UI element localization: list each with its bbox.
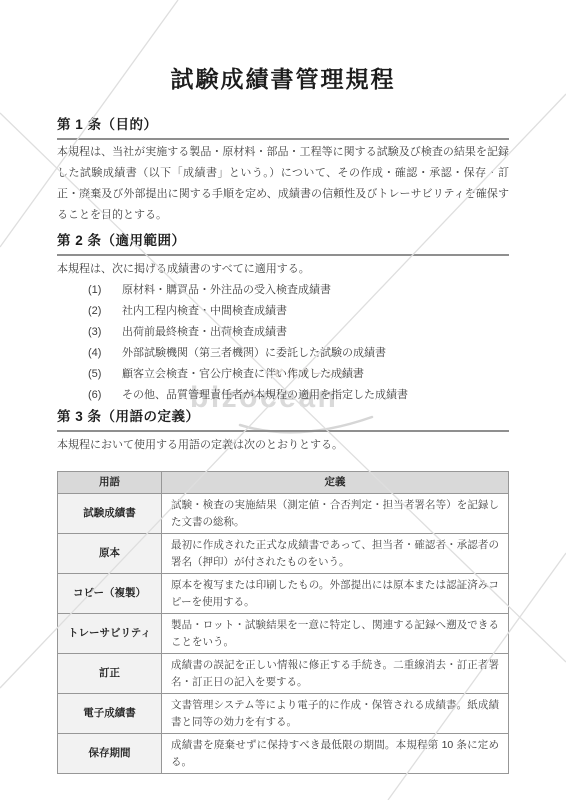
table-header-definition: 定義 xyxy=(162,472,509,494)
table-row: トレーサビリティ製品・ロット・試験結果を一意に特定し、関連する記録へ遡及できるこ… xyxy=(58,614,509,654)
table-row: 原本最初に作成された正式な成績書であって、担当者・確認者・承認者の署名（押印）が… xyxy=(58,534,509,574)
term-cell: 保存期間 xyxy=(58,734,162,774)
list-item: (5)顧客立会検査・官公庁検査に伴い作成した成績書 xyxy=(57,364,509,385)
clause-1-section: 第 1 条（目的） 本規程は、当社が実施する製品・原材料・部品・工程等に関する試… xyxy=(57,117,509,226)
table-header-term: 用語 xyxy=(58,472,162,494)
list-item: (4)外部試験機関（第三者機関）に委託した試験の成績書 xyxy=(57,343,509,364)
clause-2-body: 本規程は、次に掲げる成績書のすべてに適用する。 xyxy=(57,259,509,280)
term-cell: トレーサビリティ xyxy=(58,614,162,654)
clause-3-body: 本規程において使用する用語の定義は次のとおりとする。 xyxy=(57,435,509,456)
list-item-number: (1) xyxy=(57,280,122,301)
clause-2-heading: 第 2 条（適用範囲） xyxy=(57,233,509,249)
table-row: 試験成績書試験・検査の実施結果（測定値・合否判定・担当者署名等）を記録した文書の… xyxy=(58,494,509,534)
clause-1-heading: 第 1 条（目的） xyxy=(57,117,509,133)
document-title: 試験成績書管理規程 xyxy=(57,64,509,94)
term-cell: 原本 xyxy=(58,534,162,574)
table-row: 電子成績書文書管理システム等により電子的に作成・保管される成績書。紙成績書と同等… xyxy=(58,694,509,734)
document-page: ビズオーシャン bizocean 試験成績書管理規程 第 1 条（目的） 本規程… xyxy=(0,0,566,800)
list-item-text: 外部試験機関（第三者機関）に委託した試験の成績書 xyxy=(122,343,509,364)
list-item-number: (6) xyxy=(57,385,122,406)
table-row: 保存期間成績書を廃棄せずに保持すべき最低限の期間。本規程第 10 条に定める。 xyxy=(58,734,509,774)
definition-cell: 原本を複写または印刷したもの。外部提出には原本または認証済みコピーを使用する。 xyxy=(162,574,509,614)
list-item-text: 顧客立会検査・官公庁検査に伴い作成した成績書 xyxy=(122,364,509,385)
list-item-number: (5) xyxy=(57,364,122,385)
list-item-number: (2) xyxy=(57,301,122,322)
list-item-text: 原材料・購買品・外注品の受入検査成績書 xyxy=(122,280,509,301)
list-item-number: (4) xyxy=(57,343,122,364)
term-cell: コピー（複製） xyxy=(58,574,162,614)
list-item-number: (3) xyxy=(57,322,122,343)
term-cell: 電子成績書 xyxy=(58,694,162,734)
list-item: (2)社内工程内検査・中間検査成績書 xyxy=(57,301,509,322)
list-item-text: 社内工程内検査・中間検査成績書 xyxy=(122,301,509,322)
term-cell: 試験成績書 xyxy=(58,494,162,534)
table-row: 訂正成績書の誤記を正しい情報に修正する手続き。二重線消去・訂正者署名・訂正日の記… xyxy=(58,654,509,694)
clause-2-section: 第 2 条（適用範囲） 本規程は、次に掲げる成績書のすべてに適用する。 (1)原… xyxy=(57,233,509,406)
clause-3-section: 第 3 条（用語の定義） 本規程において使用する用語の定義は次のとおりとする。 … xyxy=(57,409,509,774)
clause-3-heading: 第 3 条（用語の定義） xyxy=(57,409,509,425)
term-cell: 訂正 xyxy=(58,654,162,694)
definition-cell: 最初に作成された正式な成績書であって、担当者・確認者・承認者の署名（押印）が付さ… xyxy=(162,534,509,574)
heading-rule xyxy=(57,138,509,140)
definition-cell: 試験・検査の実施結果（測定値・合否判定・担当者署名等）を記録した文書の総称。 xyxy=(162,494,509,534)
definition-cell: 成績書の誤記を正しい情報に修正する手続き。二重線消去・訂正者署名・訂正日の記入を… xyxy=(162,654,509,694)
table-row: コピー（複製）原本を複写または印刷したもの。外部提出には原本または認証済みコピー… xyxy=(58,574,509,614)
list-item: (6)その他、品質管理責任者が本規程の適用を指定した成績書 xyxy=(57,385,509,406)
terms-definition-table: 用語 定義 試験成績書試験・検査の実施結果（測定値・合否判定・担当者署名等）を記… xyxy=(57,471,509,774)
heading-rule xyxy=(57,430,509,432)
heading-rule xyxy=(57,254,509,256)
clause-1-body: 本規程は、当社が実施する製品・原材料・部品・工程等に関する試験及び検査の結果を記… xyxy=(57,142,509,226)
definition-cell: 成績書を廃棄せずに保持すべき最低限の期間。本規程第 10 条に定める。 xyxy=(162,734,509,774)
list-item: (1)原材料・購買品・外注品の受入検査成績書 xyxy=(57,280,509,301)
definition-cell: 製品・ロット・試験結果を一意に特定し、関連する記録へ遡及できることをいう。 xyxy=(162,614,509,654)
list-item-text: その他、品質管理責任者が本規程の適用を指定した成績書 xyxy=(122,385,509,406)
list-item: (3)出荷前最終検査・出荷検査成績書 xyxy=(57,322,509,343)
scope-numbered-list: (1)原材料・購買品・外注品の受入検査成績書(2)社内工程内検査・中間検査成績書… xyxy=(57,280,509,406)
document-content: 試験成績書管理規程 第 1 条（目的） 本規程は、当社が実施する製品・原材料・部… xyxy=(57,0,509,774)
list-item-text: 出荷前最終検査・出荷検査成績書 xyxy=(122,322,509,343)
definition-cell: 文書管理システム等により電子的に作成・保管される成績書。紙成績書と同等の効力を有… xyxy=(162,694,509,734)
table-header-row: 用語 定義 xyxy=(58,472,509,494)
